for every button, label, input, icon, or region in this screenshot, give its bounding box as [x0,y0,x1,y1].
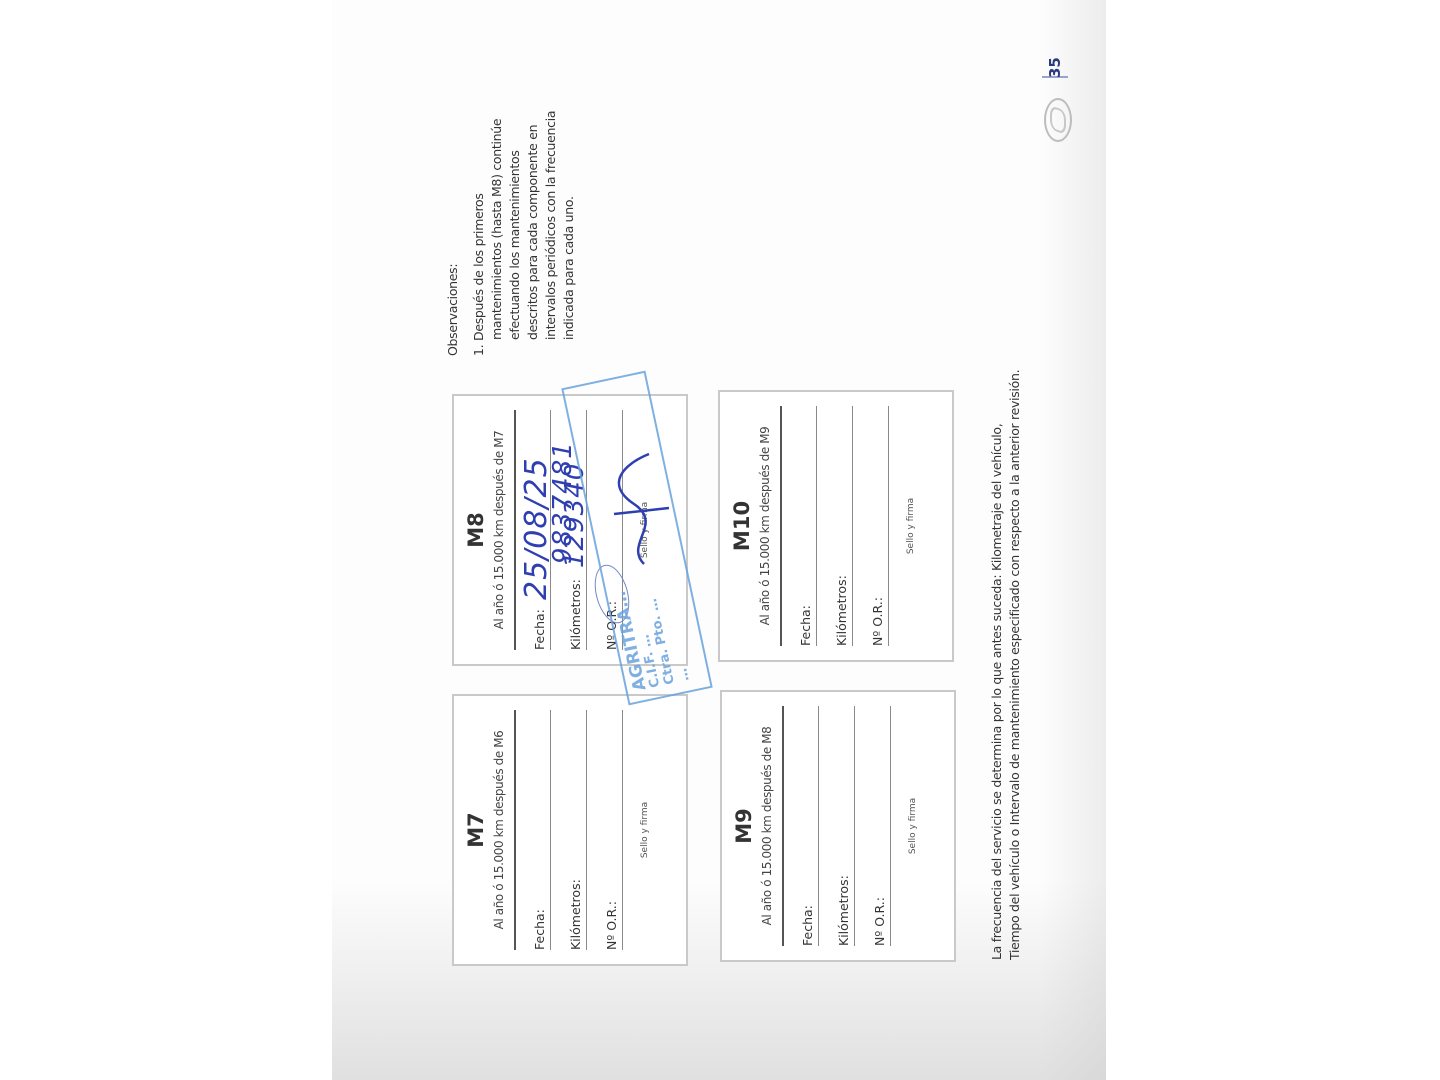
card-subtitle: Al año ó 15.000 km después de M6 [492,696,506,964]
observaciones-line: 1. Después de los primeros [470,56,488,356]
or-label: Nº O.R.: [872,897,887,946]
fecha-label: Fecha: [532,609,547,650]
fecha-row[interactable]: Fecha: [784,706,819,946]
seal-label: Sello y firma [906,392,916,660]
km-row[interactable]: Kilómetros: [818,406,853,646]
or-handwritten-value: 9837481 [548,441,578,564]
seal-label: Sello y firma [908,692,918,960]
km-row[interactable]: Kilómetros: [552,710,587,950]
observaciones-line: intervalos periódicos con la frecuencia [542,56,560,356]
page-number: 35 [1046,57,1064,78]
observaciones-title: Observaciones: [444,56,462,356]
observaciones-block: Observaciones: 1. Después de los primero… [444,56,578,356]
km-label: Kilómetros: [568,579,583,650]
observaciones-line: mantenimientos (hasta M8) continúe [488,56,506,356]
card-code: M7 [464,696,488,964]
observaciones-line: descritos para cada componente en [524,56,542,356]
rotated-page-content: M7 Al año ó 15.000 km después de M6 Fech… [332,0,1106,1080]
maintenance-card-m10: M10 Al año ó 15.000 km después de M9 Fec… [718,390,954,662]
fecha-label: Fecha: [800,905,815,946]
card-subtitle: Al año ó 15.000 km después de M9 [758,392,772,660]
or-row[interactable]: Nº O.R.: [856,706,891,946]
card-subtitle: Al año ó 15.000 km después de M8 [760,692,774,960]
maintenance-card-m9: M9 Al año ó 15.000 km después de M8 Fech… [720,690,956,962]
card-code: M10 [730,392,754,660]
frequency-note-line: La frecuencia del servicio se determina … [988,260,1006,960]
card-code: M8 [464,396,488,664]
card-subtitle: Al año ó 15.000 km después de M7 [492,396,506,664]
or-label: Nº O.R.: [870,597,885,646]
fecha-row[interactable]: Fecha: [516,710,551,950]
or-label: Nº O.R.: [604,901,619,950]
km-label: Kilómetros: [834,575,849,646]
km-row[interactable]: Kilómetros: [820,706,855,946]
card-code: M9 [732,692,756,960]
fecha-row[interactable]: Fecha: 25/08/25 [516,410,551,650]
seal-label: Sello y firma [640,696,650,964]
frequency-note: La frecuencia del servicio se determina … [988,260,1024,960]
maintenance-card-m7: M7 Al año ó 15.000 km después de M6 Fech… [452,694,688,966]
observaciones-line: efectuando los mantenimientos [506,56,524,356]
or-row[interactable]: Nº O.R.: [588,710,623,950]
fecha-label: Fecha: [798,605,813,646]
frequency-note-line: Tiempo del vehículo o Intervalo de mante… [1006,260,1024,960]
km-label: Kilómetros: [568,879,583,950]
brand-logo-icon [1044,98,1072,142]
or-row[interactable]: Nº O.R.: [854,406,889,646]
fecha-label: Fecha: [532,909,547,950]
observaciones-line: indicada para cada uno. [560,56,578,356]
fecha-row[interactable]: Fecha: [782,406,817,646]
km-label: Kilómetros: [836,875,851,946]
